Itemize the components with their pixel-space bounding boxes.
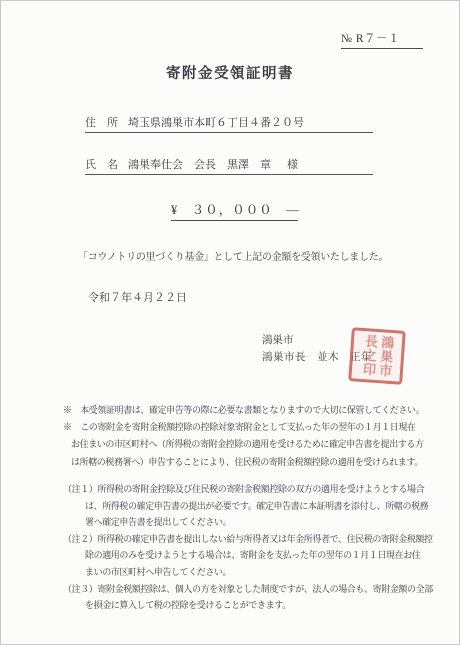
remarks-asterisk-block: ※ 本受領証明書は、確定申告等の際に必要な書類となりますので大切に保管してくださ… [63,402,424,471]
document-page: № R７－１ 寄附金受領証明書 住 所 埼玉県鴻巣市本町６丁目４番２０号 氏 名… [0,0,460,645]
note2-line: （注２）所得税の確定申告書を提出しない給与所得者又は年金所得者で、住民税の寄附金… [63,531,433,548]
amount-value: ¥ ３０，０００ — [171,200,298,221]
address-value: 埼玉県鴻巣市本町６丁目４番２０号 [128,114,304,130]
official-red-seal-icon: 鴻巣市 長之印 [348,327,406,385]
remark-line: お住まいの市区町村へ（所得税の寄附金控除の適用を受けるために確定申告書を提出する… [63,436,424,453]
address-row: 住 所 埼玉県鴻巣市本町６丁目４番２０号 [85,112,373,133]
seal-glyphs-left: 長之印 [360,334,377,377]
name-row: 氏 名 鴻巣奉仕会 会長 黒澤 章 様 [85,154,373,175]
note2-line: 除の適用のみを受けようとする場合は、寄附金を支払った年の翌年の１月１日現在お住 [63,547,433,564]
note1-line: （注１）所得税の寄附金控除及び住民税の寄附金税額控除の双方の適用を受けようとする… [63,481,433,498]
issue-date: 令和７年４月２２日 [88,289,187,305]
address-label: 住 所 [85,114,119,130]
issuer-city: 鴻巣市 [262,332,294,347]
name-honorific: 様 [287,156,298,172]
name-value: 鴻巣奉仕会 会長 黒澤 章 [128,156,271,172]
seal-glyphs-right: 鴻巣市 [377,335,394,378]
remark-line: ※ この寄附金を寄附金税額控除の控除対象寄附金として支払った年の翌年の１月１日現… [63,419,424,436]
name-label: 氏 名 [85,156,119,172]
page-title: 寄附金受領証明書 [1,62,459,83]
note2-line: まいの市区町村へ申告してください。 [63,564,433,581]
remark-line: は所轄の税務署へ）申告することにより、住民税の寄附金税額控除の適用を受けられます… [63,454,424,471]
note3-line: （注３）寄附金税額控除は、個人の方を対象とした制度ですが、法人の場合も、寄附金額… [63,581,433,598]
remarks-numbered-block: （注１）所得税の寄附金控除及び住民税の寄附金税額控除の双方の適用を受けようとする… [63,481,433,614]
note3-line: を損金に算入して税の控除を受けることができます。 [63,597,433,614]
document-number: № R７－１ [341,30,423,49]
note1-line: は、所得税の確定申告書の提出が必要です。確定申告書に本証明書を添付し、所轄の税務 [63,498,433,515]
receipt-statement: 「コウノトリの里づくり基金」として上記の金額を受領いたしました。 [78,248,388,263]
remark-line: ※ 本受領証明書は、確定申告等の際に必要な書類となりますので大切に保管してくださ… [63,402,424,419]
note1-line: 署へ確定申告書を提出してください。 [63,514,433,531]
